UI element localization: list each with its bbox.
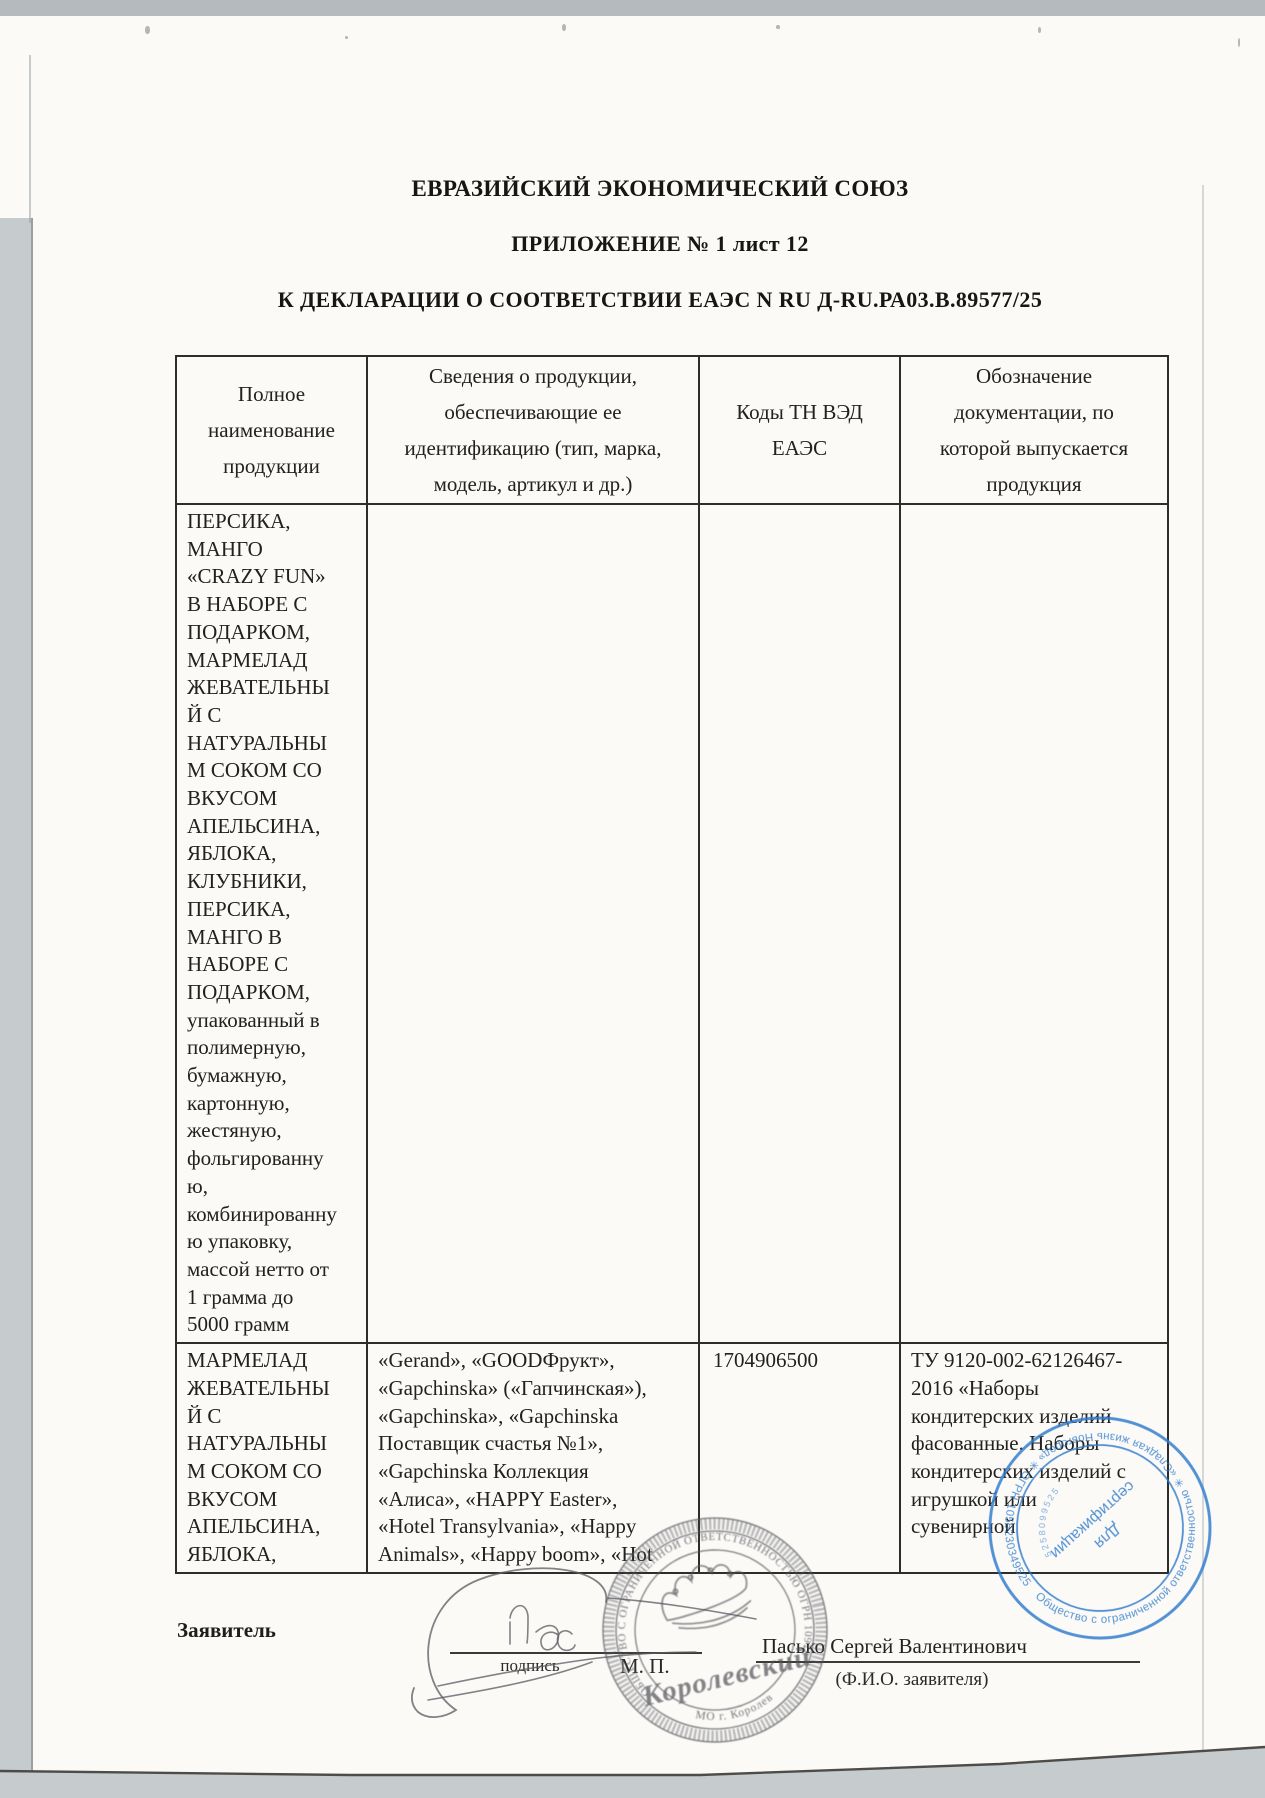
round-ink-stamp: ОБЩЕСТВО С ОГРАНИЧЕННОЙ ОТВЕТСТВЕННОСТЬЮ…: [580, 1495, 860, 1775]
cell-tnved-code: [699, 504, 900, 1343]
table-row: ПЕРСИКА, МАНГО «CRAZY FUN» В НАБОРЕ С ПО…: [176, 504, 1168, 1343]
heading-eurasian-union: ЕВРАЗИЙСКИЙ ЭКОНОМИЧЕСКИЙ СОЮЗ: [411, 176, 908, 202]
blue-stamp-ring-text: Общество с ограниченной ответственностью…: [962, 1390, 1239, 1667]
cell-product-name: ПЕРСИКА, МАНГО «CRAZY FUN» В НАБОРЕ С ПО…: [176, 504, 367, 1343]
header-documentation: Обозначение документации, по которой вып…: [900, 356, 1168, 504]
cell-product-info: [367, 504, 699, 1343]
header-product-info: Сведения о продукции, обеспечивающие ее …: [367, 356, 699, 504]
table-header-row: Полное наименование продукции Сведения о…: [176, 356, 1168, 504]
header-product-name: Полное наименование продукции: [176, 356, 367, 504]
dust-speck: [776, 25, 780, 29]
scanner-top-band: [0, 0, 1265, 16]
blue-stamp-inner-line2: сертификации: [1047, 1477, 1138, 1561]
applicant-label: Заявитель: [177, 1618, 276, 1643]
dust-speck: [145, 26, 150, 34]
dust-speck: [1238, 38, 1240, 47]
crown-icon: [655, 1556, 755, 1637]
heading-appendix: ПРИЛОЖЕНИЕ № 1 лист 12: [511, 231, 808, 257]
dust-speck: [562, 24, 566, 31]
blue-round-stamp: Общество с ограниченной ответственностью…: [975, 1400, 1230, 1660]
dust-speck: [1038, 27, 1041, 33]
header-tnved-codes: Коды ТН ВЭД ЕАЭС: [699, 356, 900, 504]
svg-text:Общество с ограниченной ответс: Общество с ограниченной ответственностью…: [962, 1390, 1239, 1667]
paper-crease-left: [29, 55, 31, 223]
heading-declaration-number: К ДЕКЛАРАЦИИ О СООТВЕТСТВИИ ЕАЭС N RU Д-…: [278, 287, 1042, 313]
dust-speck: [345, 36, 348, 39]
ink-stamp-center-word: Королевский: [638, 1640, 814, 1713]
scanned-declaration-page: ЕВРАЗИЙСКИЙ ЭКОНОМИЧЕСКИЙ СОЮЗ ПРИЛОЖЕНИ…: [0, 0, 1265, 1798]
cell-documentation: [900, 504, 1168, 1343]
products-table: Полное наименование продукции Сведения о…: [175, 355, 1169, 1574]
scanner-left-band: [0, 218, 33, 1798]
cell-product-name: МАРМЕЛАД ЖЕВАТЕЛЬНЫ Й С НАТУРАЛЬНЫ М СОК…: [176, 1343, 367, 1573]
